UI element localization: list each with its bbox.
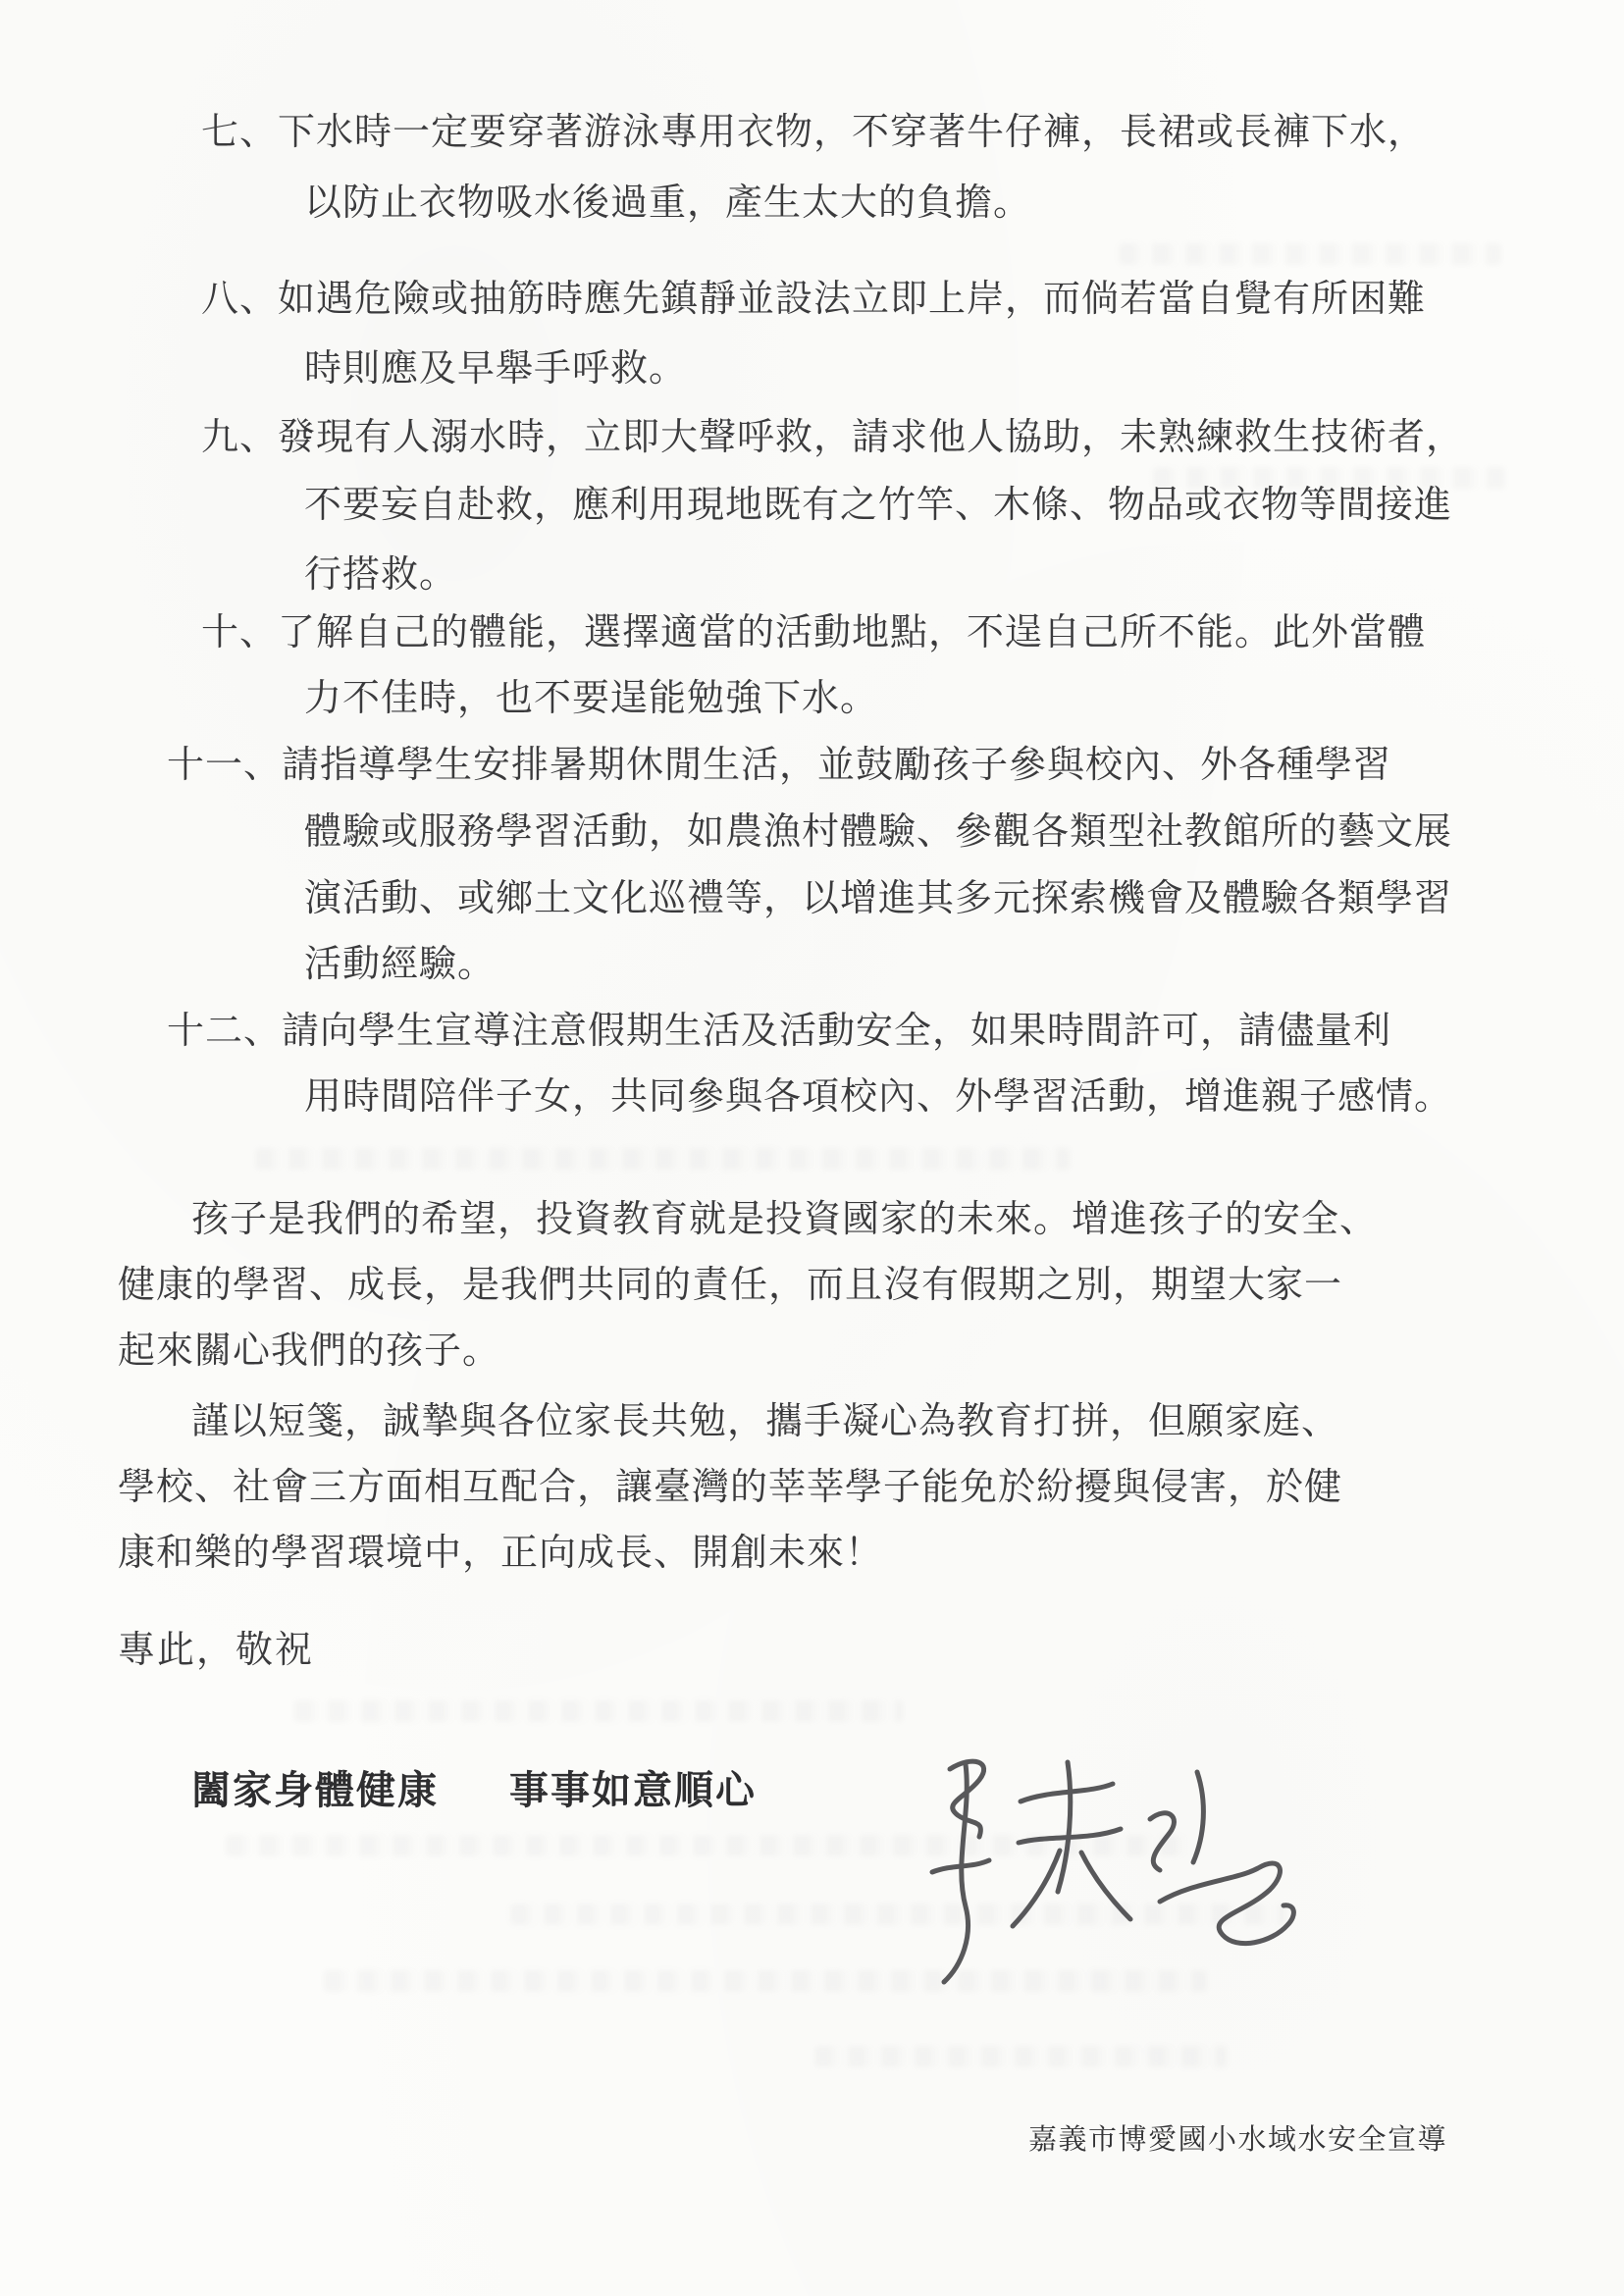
blessing-line: 闔家身體健康事事如意順心 bbox=[191, 1759, 757, 1815]
list-item-11-line-1: 十一、請指導學生安排暑期休閒生活，並鼓勵孩子參與校內、外各種學習 bbox=[167, 743, 1391, 788]
list-item-7-number: 七、 bbox=[201, 110, 278, 155]
blessing-left: 闔家身體健康 bbox=[191, 1768, 439, 1812]
list-item-8-text: 如遇危險或抽筋時應先鎮靜並設法立即上岸，而倘若當自覺有所困難 bbox=[278, 279, 1426, 320]
list-item-9-line-3: 行搭救。 bbox=[304, 552, 457, 598]
footer-caption: 嘉義市博愛國小水域水安全宣導 bbox=[1028, 2117, 1447, 2158]
signature-strokes bbox=[903, 1725, 1325, 2019]
list-item-8-line-2: 時則應及早舉手呼救。 bbox=[304, 346, 687, 391]
bleedthrough-artifact bbox=[294, 1700, 903, 1722]
list-item-9-line-2: 不要妄自赴救，應利用現地既有之竹竿、木條、物品或衣物等間接進 bbox=[304, 483, 1452, 528]
list-item-12-text: 請向學生宣導注意假期生活及活動安全，如果時間許可，請儘量利 bbox=[282, 1011, 1391, 1052]
list-item-11-line-3: 演活動、或鄉土文化巡禮等，以增進其多元探索機會及體驗各類學習 bbox=[304, 876, 1452, 921]
scanned-letter-page: 七、下水時一定要穿著游泳專用衣物，不穿著牛仔褲，長裙或長褲下水， 以防止衣物吸水… bbox=[0, 0, 1624, 2296]
bleedthrough-artifact bbox=[814, 2046, 1227, 2067]
list-item-8-number: 八、 bbox=[201, 277, 278, 322]
blessing-right: 事事如意順心 bbox=[509, 1768, 757, 1812]
list-item-9-text: 發現有人溺水時，立即大聲呼救，請求他人協助，未熟練救生技術者， bbox=[278, 417, 1464, 458]
list-item-11-line-4: 活動經驗。 bbox=[304, 942, 496, 987]
list-item-11-number: 十一、 bbox=[167, 743, 282, 788]
paragraph-2-line-2: 學校、社會三方面相互配合，讓臺灣的莘莘學子能免於紛擾與侵害，於健 bbox=[118, 1465, 1342, 1510]
list-item-9-number: 九、 bbox=[201, 415, 278, 460]
paragraph-1-line-2: 健康的學習、成長，是我們共同的責任，而且沒有假期之別，期望大家一 bbox=[118, 1263, 1342, 1308]
list-item-10-line-2: 力不佳時，也不要逞能勉強下水。 bbox=[304, 676, 878, 721]
list-item-7-line-1: 七、下水時一定要穿著游泳專用衣物，不穿著牛仔褲，長裙或長褲下水， bbox=[201, 110, 1426, 155]
signature bbox=[903, 1725, 1325, 2019]
paragraph-1-line-1: 孩子是我們的希望，投資教育就是投資國家的未來。增進孩子的安全、 bbox=[191, 1197, 1378, 1242]
list-item-12-number: 十二、 bbox=[167, 1009, 282, 1054]
list-item-12-line-2: 用時間陪伴子女，共同參與各項校內、外學習活動，增進親子感情。 bbox=[304, 1074, 1452, 1120]
bleedthrough-artifact bbox=[1119, 243, 1501, 265]
list-item-7-line-2: 以防止衣物吸水後過重，產生太大的負擔。 bbox=[304, 181, 1031, 226]
paragraph-1-line-3: 起來關心我們的孩子。 bbox=[118, 1329, 500, 1374]
paragraph-2-line-1: 謹以短箋，誠摯與各位家長共勉，攜手凝心為教育打拼，但願家庭、 bbox=[191, 1399, 1339, 1444]
list-item-12-line-1: 十二、請向學生宣導注意假期生活及活動安全，如果時間許可，請儘量利 bbox=[167, 1009, 1391, 1054]
list-item-11-line-2: 體驗或服務學習活動，如農漁村體驗、參觀各類型社教館所的藝文展 bbox=[304, 809, 1452, 855]
list-item-7-text: 下水時一定要穿著游泳專用衣物，不穿著牛仔褲，長裙或長褲下水， bbox=[278, 112, 1426, 153]
list-item-11-text: 請指導學生安排暑期休閒生活，並鼓勵孩子參與校內、外各種學習 bbox=[282, 745, 1391, 786]
closing-salutation: 專此，敬祝 bbox=[118, 1619, 314, 1673]
bleedthrough-artifact bbox=[255, 1148, 1070, 1170]
list-item-10-text: 了解自己的體能，選擇適當的活動地點，不逞自己所不能。此外當體 bbox=[278, 612, 1426, 653]
list-item-8-line-1: 八、如遇危險或抽筋時應先鎮靜並設法立即上岸，而倘若當自覺有所困難 bbox=[201, 277, 1426, 322]
list-item-10-line-1: 十、了解自己的體能，選擇適當的活動地點，不逞自己所不能。此外當體 bbox=[201, 610, 1426, 655]
list-item-10-number: 十、 bbox=[201, 610, 278, 655]
paragraph-2-line-3: 康和樂的學習環境中，正向成長、開創未來！ bbox=[118, 1531, 883, 1576]
list-item-9-line-1: 九、發現有人溺水時，立即大聲呼救，請求他人協助，未熟練救生技術者， bbox=[201, 415, 1464, 460]
